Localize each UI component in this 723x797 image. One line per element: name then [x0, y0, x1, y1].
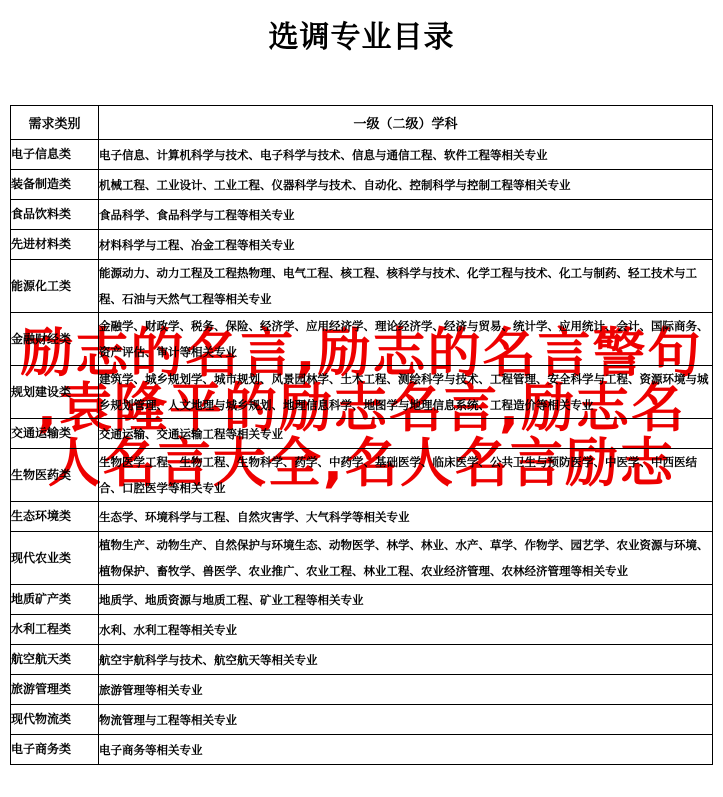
majors-cell: 生态学、环境科学与工程、自然灾害学、大气科学等相关专业	[99, 502, 713, 532]
category-cell: 电子商务类	[11, 735, 99, 765]
table-row: 交通运输类交通运输、交通运输工程等相关专业	[11, 419, 713, 449]
category-cell: 现代物流类	[11, 705, 99, 735]
majors-cell: 旅游管理等相关专业	[99, 675, 713, 705]
category-cell: 交通运输类	[11, 419, 99, 449]
table-row: 旅游管理类旅游管理等相关专业	[11, 675, 713, 705]
majors-cell: 电子商务等相关专业	[99, 735, 713, 765]
table-row: 装备制造类机械工程、工业设计、工业工程、仪器科学与技术、自动化、控制科学与控制工…	[11, 170, 713, 200]
majors-cell: 电子信息、计算机科学与技术、电子科学与技术、信息与通信工程、软件工程等相关专业	[99, 140, 713, 170]
majors-cell: 航空宇航科学与技术、航空航天等相关专业	[99, 645, 713, 675]
column-header-category: 需求类别	[11, 106, 99, 140]
category-cell: 水利工程类	[11, 615, 99, 645]
table-row: 规划建设类建筑学、城乡规划学、城市规划、风景园林学、土木工程、测绘科学与技术、工…	[11, 366, 713, 419]
table-row: 能源化工类能源动力、动力工程及工程热物理、电气工程、核工程、核科学与技术、化学工…	[11, 260, 713, 313]
majors-cell: 物流管理与工程等相关专业	[99, 705, 713, 735]
category-cell: 航空航天类	[11, 645, 99, 675]
table-row: 现代农业类植物生产、动物生产、自然保护与环境生态、动物医学、林学、林业、水产、草…	[11, 532, 713, 585]
category-cell: 先进材料类	[11, 230, 99, 260]
majors-cell: 能源动力、动力工程及工程热物理、电气工程、核工程、核科学与技术、化学工程与技术、…	[99, 260, 713, 313]
category-cell: 旅游管理类	[11, 675, 99, 705]
majors-cell: 建筑学、城乡规划学、城市规划、风景园林学、土木工程、测绘科学与技术、工程管理、安…	[99, 366, 713, 419]
table-row: 生物医药类生物医学工程、生物工程、生物科学、药学、中药学、基础医学、临床医学、公…	[11, 449, 713, 502]
header-row: 需求类别 一级（二级）学科	[11, 106, 713, 140]
table-row: 金融财经类金融学、财政学、税务、保险、经济学、应用经济学、理论经济学、经济与贸易…	[11, 313, 713, 366]
majors-cell: 食品科学、食品科学与工程等相关专业	[99, 200, 713, 230]
category-cell: 能源化工类	[11, 260, 99, 313]
category-cell: 金融财经类	[11, 313, 99, 366]
table-row: 食品饮料类食品科学、食品科学与工程等相关专业	[11, 200, 713, 230]
category-cell: 装备制造类	[11, 170, 99, 200]
category-cell: 食品饮料类	[11, 200, 99, 230]
table-row: 航空航天类航空宇航科学与技术、航空航天等相关专业	[11, 645, 713, 675]
table-row: 电子商务类电子商务等相关专业	[11, 735, 713, 765]
majors-cell: 植物生产、动物生产、自然保护与环境生态、动物医学、林学、林业、水产、草学、作物学…	[99, 532, 713, 585]
column-header-majors: 一级（二级）学科	[99, 106, 713, 140]
table-row: 地质矿产类地质学、地质资源与地质工程、矿业工程等相关专业	[11, 585, 713, 615]
table-row: 现代物流类物流管理与工程等相关专业	[11, 705, 713, 735]
majors-cell: 机械工程、工业设计、工业工程、仪器科学与技术、自动化、控制科学与控制工程等相关专…	[99, 170, 713, 200]
table-row: 生态环境类生态学、环境科学与工程、自然灾害学、大气科学等相关专业	[11, 502, 713, 532]
majors-cell: 交通运输、交通运输工程等相关专业	[99, 419, 713, 449]
majors-cell: 地质学、地质资源与地质工程、矿业工程等相关专业	[99, 585, 713, 615]
table-row: 水利工程类水利、水利工程等相关专业	[11, 615, 713, 645]
category-cell: 生态环境类	[11, 502, 99, 532]
table-row: 先进材料类材料科学与工程、冶金工程等相关专业	[11, 230, 713, 260]
majors-cell: 金融学、财政学、税务、保险、经济学、应用经济学、理论经济学、经济与贸易、统计学、…	[99, 313, 713, 366]
document-page: 选调专业目录 需求类别 一级（二级）学科 电子信息类电子信息、计算机科学与技术、…	[0, 0, 723, 797]
category-cell: 现代农业类	[11, 532, 99, 585]
majors-cell: 生物医学工程、生物工程、生物科学、药学、中药学、基础医学、临床医学、公共卫生与预…	[99, 449, 713, 502]
page-title: 选调专业目录	[0, 12, 723, 56]
majors-table: 需求类别 一级（二级）学科 电子信息类电子信息、计算机科学与技术、电子科学与技术…	[10, 105, 713, 765]
category-cell: 生物医药类	[11, 449, 99, 502]
category-cell: 地质矿产类	[11, 585, 99, 615]
category-cell: 规划建设类	[11, 366, 99, 419]
majors-cell: 水利、水利工程等相关专业	[99, 615, 713, 645]
table-row: 电子信息类电子信息、计算机科学与技术、电子科学与技术、信息与通信工程、软件工程等…	[11, 140, 713, 170]
majors-cell: 材料科学与工程、冶金工程等相关专业	[99, 230, 713, 260]
category-cell: 电子信息类	[11, 140, 99, 170]
